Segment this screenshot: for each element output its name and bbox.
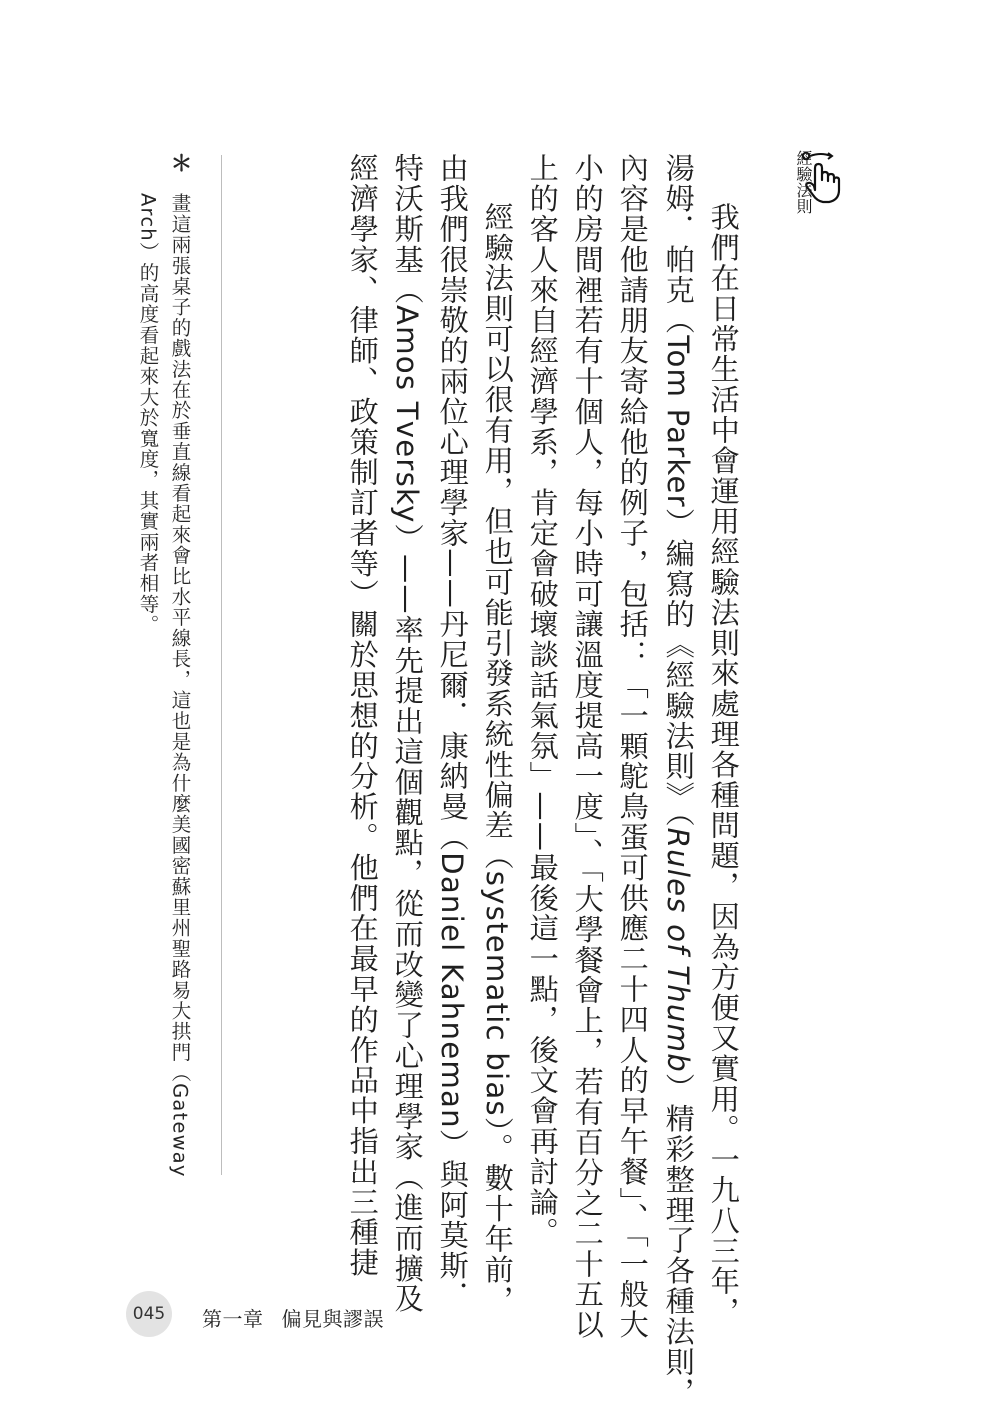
footnote-divider (221, 155, 222, 1175)
footnote-marker: ＊ (168, 152, 190, 175)
body-line-1: 我們在日常生活中會運用經驗法則來處理各種問題，因為方便又實用。一九八三年， (708, 202, 737, 1327)
page-number: 045 (126, 1291, 172, 1337)
chapter-title: 偏見與謬誤 (282, 1307, 385, 1331)
running-header: 第一章偏見與謬誤 (202, 1303, 384, 1332)
chapter-label: 第一章 (202, 1307, 264, 1331)
section-title: 經驗法則 (795, 150, 811, 214)
footnote-line-1: 畫這兩張桌子的戲法在於垂直線看起來會比水平線長，這也是為什麼美國密蘇里州聖路易大… (170, 193, 190, 1178)
body-line-2: 湯姆．帕克（Tom Parker）編寫的《經驗法則》（Rules of Thum… (663, 153, 692, 1407)
body-line-5: 上的客人來自經濟學系，肯定會破壞談話氣氛」——最後這一點，後文會再討論。 (527, 153, 556, 1247)
body-line-6: 經驗法則可以很有用，但也可能引發系統性偏差（systematic bias）。數… (482, 202, 511, 1315)
body-line-9: 經濟學家、律師、政策制訂者等）關於思想的分析。他們在最早的作品中指出三種捷 (347, 153, 376, 1278)
body-line-3: 內容是他請朋友寄給他的例子，包括：「一顆鴕鳥蛋可供應二十四人的早午餐」、「一般大 (617, 153, 646, 1340)
body-line-8: 特沃斯基（Amos Tversky）——率先提出這個觀點，從而改變了心理學家（進… (392, 153, 421, 1314)
footnote-line-2: Arch）的高度看起來大於寬度，其實兩者相等。 (138, 193, 158, 635)
body-line-7: 由我們很崇敬的兩位心理學家——丹尼爾．康納曼（Daniel Kahneman）與… (437, 153, 466, 1311)
body-line-4: 小的房間裡若有十個人，每小時可讓溫度提高一度」、「大學餐會上，若有百分之二十五以 (572, 153, 601, 1340)
